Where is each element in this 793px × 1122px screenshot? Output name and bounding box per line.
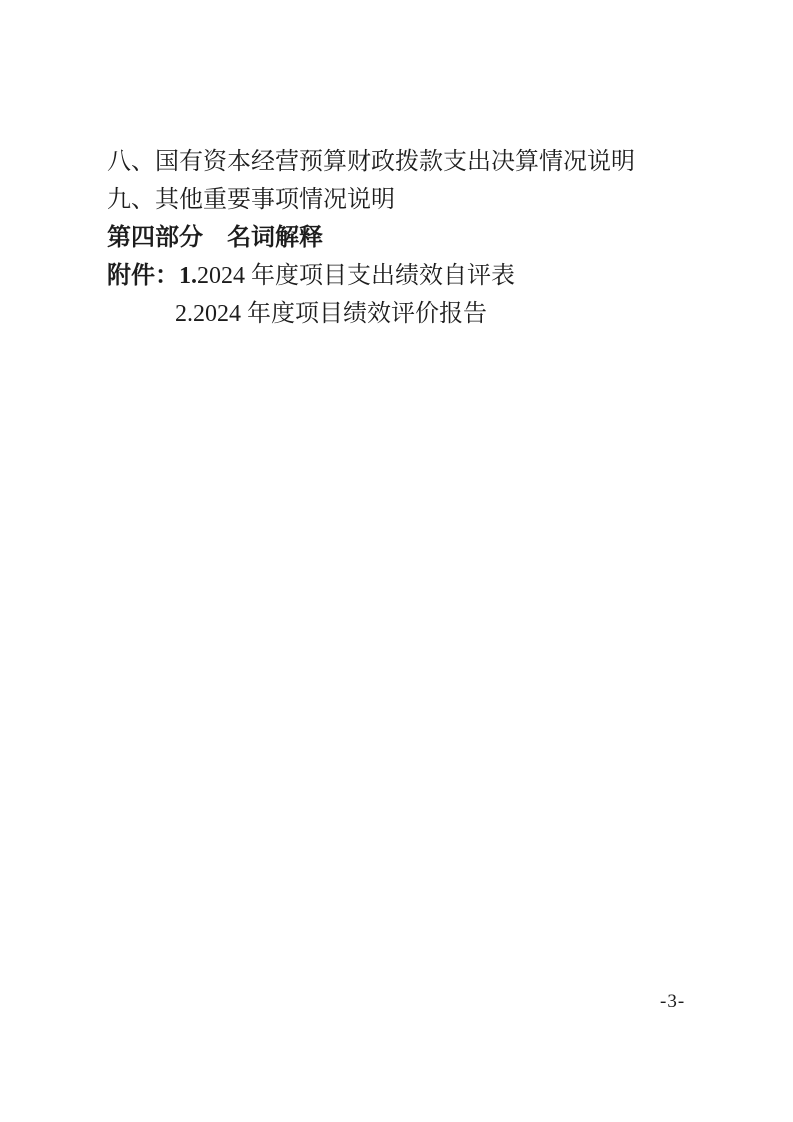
- attachment-line-1: 附件：1.2024 年度项目支出绩效自评表: [107, 257, 733, 295]
- attachment-item-1-text: 2024 年度项目支出绩效自评表: [197, 263, 515, 289]
- section-heading: 第四部分 名词解释: [107, 219, 733, 257]
- toc-block: 八、国有资本经营预算财政拨款支出决算情况说明 九、其他重要事项情况说明 第四部分…: [107, 143, 733, 333]
- toc-line-8: 八、国有资本经营预算财政拨款支出决算情况说明: [107, 143, 733, 181]
- attachment-item-2-text: 2024 年度项目绩效评价报告: [193, 301, 487, 327]
- page-number: -3-: [660, 991, 685, 1013]
- attachment-item-2-number: 2.: [175, 301, 193, 327]
- attachment-label: 附件：: [107, 263, 179, 289]
- attachment-item-1-number: 1.: [179, 263, 197, 289]
- attachment-line-2: 2.2024 年度项目绩效评价报告: [107, 295, 733, 333]
- toc-line-9: 九、其他重要事项情况说明: [107, 181, 733, 219]
- document-page: 八、国有资本经营预算财政拨款支出决算情况说明 九、其他重要事项情况说明 第四部分…: [0, 0, 793, 1122]
